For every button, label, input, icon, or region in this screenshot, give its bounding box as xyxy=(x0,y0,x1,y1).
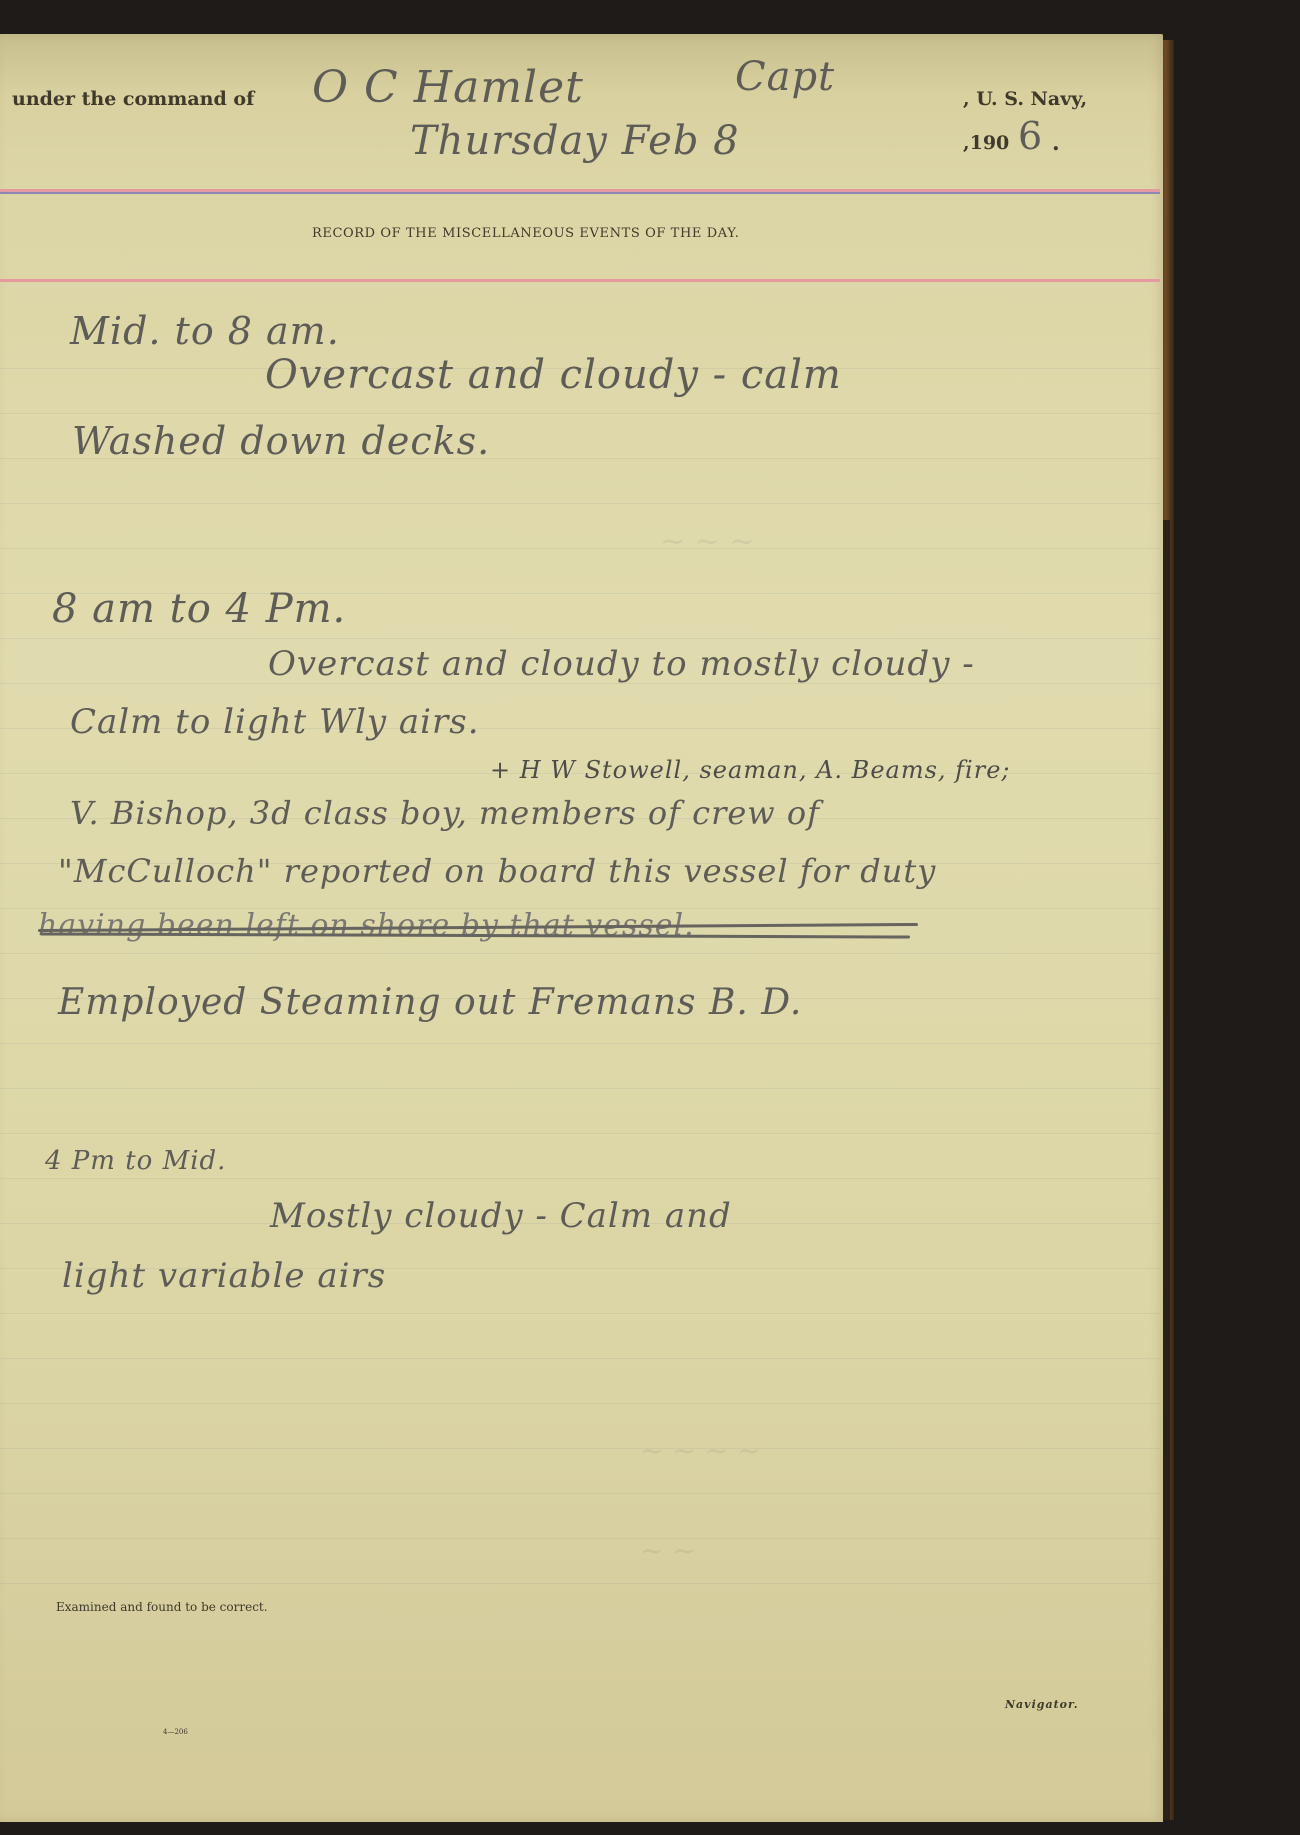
scan-background: under the command of O C Hamlet Capt , U… xyxy=(0,0,1300,1835)
watch-2-insertion: + H W Stowell, seaman, A. Beams, fire; xyxy=(490,756,1010,784)
watch-period-1: Mid. to 8 am. xyxy=(70,309,340,353)
form-number: 4—206 xyxy=(163,1728,188,1736)
watch-1-line-2: Washed down decks. xyxy=(72,419,490,463)
section-rule-pink xyxy=(0,279,1160,282)
command-label: under the command of xyxy=(12,88,254,110)
year-digit: 6 xyxy=(1018,114,1043,158)
ruled-lines xyxy=(0,324,1160,1604)
navy-label: , U. S. Navy, xyxy=(963,88,1087,110)
commander-rank: Capt xyxy=(735,54,835,100)
watch-2-line-2: Calm to light Wly airs. xyxy=(70,702,480,742)
watch-1-line-1: Overcast and cloudy - calm xyxy=(265,352,842,398)
commander-name: O C Hamlet xyxy=(312,62,584,113)
section-title: RECORD OF THE MISCELLANEOUS EVENTS OF TH… xyxy=(312,226,739,241)
watch-period-2: 8 am to 4 Pm. xyxy=(52,586,346,632)
log-page: under the command of O C Hamlet Capt , U… xyxy=(0,34,1163,1822)
watch-2-line-6: Employed Steaming out Fremans B. D. xyxy=(58,982,802,1023)
bleed-through-mark: ~ ~ ~ xyxy=(660,524,754,559)
header-rule-blue xyxy=(0,192,1160,194)
watch-2-line-1: Overcast and cloudy to mostly cloudy - xyxy=(268,644,975,684)
bleed-through-mark: ~ ~ ~ ~ xyxy=(640,1434,761,1467)
watch-2-line-3: V. Bishop, 3d class boy, members of crew… xyxy=(70,794,820,832)
navigator-label: Navigator. xyxy=(1005,1698,1079,1711)
watch-3-line-1: Mostly cloudy - Calm and xyxy=(270,1196,732,1236)
log-date: Thursday Feb 8 xyxy=(410,118,740,164)
watch-2-line-4: "McCulloch" reported on board this vesse… xyxy=(58,852,936,890)
examined-label: Examined and found to be correct. xyxy=(56,1600,268,1614)
watch-3-line-2: light variable airs xyxy=(62,1256,386,1296)
year-prefix: ,190 xyxy=(963,132,1009,154)
bleed-through-mark: ~ ~ xyxy=(640,1534,696,1567)
watch-period-3: 4 Pm to Mid. xyxy=(45,1146,226,1176)
year-period: . xyxy=(1052,130,1060,156)
